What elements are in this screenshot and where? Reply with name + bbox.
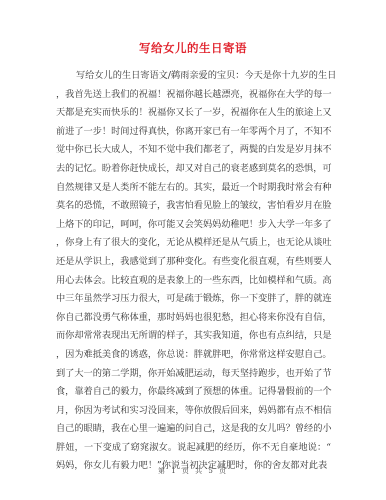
text-line: 还是从学识上，我感觉到了那种变化。有些变化很直观，有些则要人 (56, 253, 331, 272)
text-line: 上烙下的印记，呵呵，你可能又会笑妈妈幼稚吧！步入大学一年多了 (56, 216, 331, 235)
text-line: 月，你因为考试和实习没回来，等你放假后回来，妈妈都有点不相信 (56, 402, 331, 421)
text-line: 自己的眼睛，我在心里一遍遍的问自己，这是我的女儿吗？曾经的小 (56, 420, 331, 439)
text-line: 到了大一的第二学期，你开始减肥运动，每天坚持跑步，也开始了节 (56, 365, 331, 384)
text-line: ，因为难抵美食的诱惑，你总说：胖就胖吧，你常常这样安慰自己。 (56, 346, 331, 365)
text-line: 食，靠着自己的毅力，你最终减到了预想的体重。记得暑假前的一个 (56, 383, 331, 402)
text-line: ，我首先送上我们的祝福！祝福你越长越漂亮，祝福你在大学的每一 (56, 86, 331, 105)
text-line: 而你却常常表现出无所谓的样子，其实我知道，你也有点纠结，只是 (56, 327, 331, 346)
text-line: 觉中你已长大成人，不知不觉中我们都老了，两鬓的白发是岁月抹不 (56, 141, 331, 160)
text-line: 胖妞，一下变成了窈窕淑女。说起减肥的经历，你不无自豪地说：“ (56, 439, 331, 458)
text-line: 你自己都没勇气称体重，那时妈妈也很犯愁，担心将来你没有自信， (56, 309, 331, 328)
text-line: 中三年虽然学习压力很大，可是疏于锻炼，你一下变胖了，胖的就连 (56, 290, 331, 309)
text-line: 自然规律又是人类所不能左右的。其实，最近一个时期我时常会有种 (56, 179, 331, 198)
text-line: 去的记忆。盼着你赶快成长，却又对自己的衰老感到莫名的恐惧，可 (56, 160, 331, 179)
document-body: 写给女儿的生日寄语文/鹈雨亲爱的宝贝：今天是你十九岁的生日 ，我首先送上我们的祝… (56, 67, 331, 476)
text-line: 前进了一步！时间过得真快，你离开家已有一年零两个月了，不知不 (56, 123, 331, 142)
text-line: 莫名的恐慌，不敢照镜子，我害怕看见脸上的皱纹，害怕看岁月在脸 (56, 197, 331, 216)
text-line: 写给女儿的生日寄语文/鹈雨亲爱的宝贝：今天是你十九岁的生日 (56, 67, 331, 86)
page-number-footer: 第 1 页 共 5 页 (0, 466, 386, 476)
text-line: 用心去体会。比较直观的是表象上的一些东西，比如模样和气质。高 (56, 272, 331, 291)
document-title: 写给女儿的生日寄语 (0, 40, 386, 56)
text-line: 天都是充实而快乐的！祝福你又长了一岁，祝福你在人生的旅途上又 (56, 104, 331, 123)
text-line: ，你身上有了很大的变化，无论从模样还是从气质上，也无论从谈吐 (56, 234, 331, 253)
